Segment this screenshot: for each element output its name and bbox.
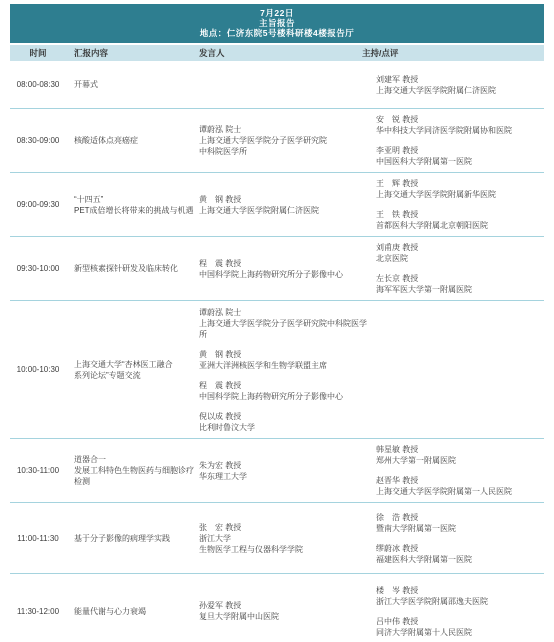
person-name: 黄 钢 教授 [199, 194, 372, 205]
schedule-body: 08:00-08:30 开幕式 刘建军 教授 上海交通大学医学院附属仁济医院 0… [10, 61, 544, 642]
person-affiliation: 中国医科大学附属第一医院 [376, 156, 544, 167]
person-name: 朱为宏 教授 [199, 460, 372, 471]
person-name: 刘甫庚 教授 [376, 242, 544, 253]
person-entry: 谭蔚泓 院士 上海交通大学医学院分子医学研究院中科院医学所 [199, 307, 372, 340]
topic-line: 道器合一 [74, 454, 195, 465]
host-cell: 徐 浩 教授 暨南大学附属第一医院 缪蔚冰 教授 福建医科大学附属第一医院 [372, 512, 544, 565]
person-name: 安 锐 教授 [376, 114, 544, 125]
person-name: 楼 岑 教授 [376, 585, 544, 596]
topic-line: 系列论坛”专题交流 [74, 370, 195, 381]
person-entry: 左长京 教授 海军军医大学第一附属医院 [376, 273, 544, 295]
topic-line: 基于分子影像的病理学实践 [74, 533, 195, 544]
person-entry: 韩星敏 教授 郑州大学第一附属医院 [376, 444, 544, 466]
person-entry: 黄 钢 教授 亚洲大洋洲核医学和生物学联盟主席 [199, 349, 372, 371]
person-entry: 李亚明 教授 中国医科大学附属第一医院 [376, 145, 544, 167]
time-cell: 10:00-10:30 [10, 365, 66, 374]
person-affiliation: 复旦大学附属中山医院 [199, 611, 372, 622]
topic-line: “十四五” [74, 194, 195, 205]
topic-line: 能量代谢与心力衰竭 [74, 606, 195, 617]
topic-line: 开幕式 [74, 79, 195, 90]
person-affiliation: 上海交通大学医学院附属仁济医院 [376, 85, 544, 96]
person-affiliation: 亚洲大洋洲核医学和生物学联盟主席 [199, 360, 372, 371]
schedule-row: 11:00-11:30 基于分子影像的病理学实践 张 宏 教授 浙江大学生物医学… [10, 503, 544, 574]
time-cell: 09:30-10:00 [10, 264, 66, 273]
person-entry: 王 铁 教授 首都医科大学附属北京朝阳医院 [376, 209, 544, 231]
person-affiliation: 华中科技大学同济医学院附属协和医院 [376, 125, 544, 136]
topic-line: 检测 [74, 476, 195, 487]
topic-line: PET成倍增长将带来的挑战与机遇 [74, 205, 195, 216]
topic-line: 核酸适体点亮癌症 [74, 135, 195, 146]
person-name: 徐 浩 教授 [376, 512, 544, 523]
person-affiliation: 中国科学院上海药物研究所分子影像中心 [199, 391, 372, 402]
person-entry: 王 辉 教授 上海交通大学医学院附属新华医院 [376, 178, 544, 200]
time-cell: 08:30-09:00 [10, 136, 66, 145]
person-affiliation: 生物医学工程与仪器科学学院 [199, 544, 372, 555]
person-entry: 安 锐 教授 华中科技大学同济医学院附属协和医院 [376, 114, 544, 136]
person-affiliation: 上海交通大学医学院附属新华医院 [376, 189, 544, 200]
topic-line: 发展工科特色生物医药与细胞诊疗 [74, 465, 195, 476]
person-entry: 缪蔚冰 教授 福建医科大学附属第一医院 [376, 543, 544, 565]
column-header-content: 汇报内容 [66, 47, 195, 59]
time-cell: 08:00-08:30 [10, 80, 66, 89]
person-name: 王 铁 教授 [376, 209, 544, 220]
person-entry: 倪以成 教授 比利时鲁汶大学 [199, 411, 372, 433]
host-cell: 刘建军 教授 上海交通大学医学院附属仁济医院 [372, 74, 544, 96]
person-affiliation: 中国科学院上海药物研究所分子影像中心 [199, 269, 372, 280]
person-name: 程 震 教授 [199, 258, 372, 269]
host-cell: 安 锐 教授 华中科技大学同济医学院附属协和医院 李亚明 教授 中国医科大学附属… [372, 114, 544, 167]
host-cell: 楼 岑 教授 浙江大学医学院附属邵逸夫医院 吕中伟 教授 同济大学附属第十人民医… [372, 585, 544, 638]
person-name: 谭蔚泓 院士 [199, 307, 372, 318]
person-affiliation: 同济大学附属第十人民医院 [376, 627, 544, 638]
person-name: 左长京 教授 [376, 273, 544, 284]
time-cell: 10:30-11:00 [10, 466, 66, 475]
session-date: 7月22日 [10, 8, 544, 18]
column-header-row: 时间 汇报内容 发言人 主持/点评 [10, 45, 544, 61]
person-name: 刘建军 教授 [376, 74, 544, 85]
person-name: 黄 钢 教授 [199, 349, 372, 360]
session-title: 主旨报告 [10, 18, 544, 28]
topic-cell: 开幕式 [66, 79, 195, 90]
person-name: 孙爱军 教授 [199, 600, 372, 611]
person-affiliation: 华东理工大学 [199, 471, 372, 482]
person-name: 王 辉 教授 [376, 178, 544, 189]
person-affiliation: 北京医院 [376, 253, 544, 264]
session-banner: 7月22日 主旨报告 地点：仁济东院5号楼科研楼4楼报告厅 [10, 4, 544, 43]
schedule-row: 10:30-11:00 道器合一发展工科特色生物医药与细胞诊疗检测 朱为宏 教授… [10, 439, 544, 503]
topic-line: 新型核素探针研发及临床转化 [74, 263, 195, 274]
person-affiliation: 上海交通大学医学院分子医学研究院中科院医学所 [199, 318, 372, 340]
person-name: 程 震 教授 [199, 380, 372, 391]
person-affiliation: 中科院医学所 [199, 146, 372, 157]
person-name: 张 宏 教授 [199, 522, 372, 533]
program-page: 7月22日 主旨报告 地点：仁济东院5号楼科研楼4楼报告厅 时间 汇报内容 发言… [0, 0, 554, 642]
person-name: 缪蔚冰 教授 [376, 543, 544, 554]
time-cell: 09:00-09:30 [10, 200, 66, 209]
person-affiliation: 郑州大学第一附属医院 [376, 455, 544, 466]
person-affiliation: 比利时鲁汶大学 [199, 422, 372, 433]
topic-cell: 新型核素探针研发及临床转化 [66, 263, 195, 274]
person-affiliation: 上海交通大学医学院附属第一人民医院 [376, 486, 544, 497]
person-affiliation: 海军军医大学第一附属医院 [376, 284, 544, 295]
column-header-time: 时间 [10, 47, 66, 59]
person-affiliation: 浙江大学 [199, 533, 372, 544]
person-name: 倪以成 教授 [199, 411, 372, 422]
person-affiliation: 浙江大学医学院附属邵逸夫医院 [376, 596, 544, 607]
column-header-host: 主持/点评 [358, 47, 530, 59]
column-header-speaker: 发言人 [195, 47, 372, 59]
schedule-row: 09:00-09:30 “十四五”PET成倍增长将带来的挑战与机遇 黄 钢 教授… [10, 173, 544, 237]
schedule-row: 08:30-09:00 核酸适体点亮癌症 谭蔚泓 院士 上海交通大学医学院分子医… [10, 109, 544, 173]
person-affiliation: 上海交通大学医学院分子医学研究院 [199, 135, 372, 146]
session-location: 地点：仁济东院5号楼科研楼4楼报告厅 [10, 28, 544, 38]
person-name: 李亚明 教授 [376, 145, 544, 156]
topic-cell: 能量代谢与心力衰竭 [66, 606, 195, 617]
schedule-row: 11:30-12:00 能量代谢与心力衰竭 孙爱军 教授 复旦大学附属中山医院 … [10, 574, 544, 642]
topic-line: 上海交通大学“杏林医工融合 [74, 359, 195, 370]
person-affiliation: 福建医科大学附属第一医院 [376, 554, 544, 565]
topic-cell: 道器合一发展工科特色生物医药与细胞诊疗检测 [66, 454, 195, 487]
person-name: 韩星敏 教授 [376, 444, 544, 455]
host-cell: 王 辉 教授 上海交通大学医学院附属新华医院 王 铁 教授 首都医科大学附属北京… [372, 178, 544, 231]
person-entry: 谭蔚泓 院士 上海交通大学医学院分子医学研究院中科院医学所 [199, 124, 372, 157]
speaker-cell: 谭蔚泓 院士 上海交通大学医学院分子医学研究院中科院医学所 [195, 124, 372, 157]
person-entry: 黄 钢 教授 上海交通大学医学院附属仁济医院 [199, 194, 372, 216]
person-entry: 张 宏 教授 浙江大学生物医学工程与仪器科学学院 [199, 522, 372, 555]
topic-cell: 上海交通大学“杏林医工融合系列论坛”专题交流 [66, 359, 195, 381]
host-cell: 韩星敏 教授 郑州大学第一附属医院 赵晋华 教授 上海交通大学医学院附属第一人民… [372, 444, 544, 497]
person-entry: 赵晋华 教授 上海交通大学医学院附属第一人民医院 [376, 475, 544, 497]
person-entry: 孙爱军 教授 复旦大学附属中山医院 [199, 600, 372, 622]
person-entry: 徐 浩 教授 暨南大学附属第一医院 [376, 512, 544, 534]
person-affiliation: 首都医科大学附属北京朝阳医院 [376, 220, 544, 231]
time-cell: 11:30-12:00 [10, 607, 66, 616]
speaker-cell: 谭蔚泓 院士 上海交通大学医学院分子医学研究院中科院医学所 黄 钢 教授 亚洲大… [195, 307, 372, 433]
person-entry: 程 震 教授 中国科学院上海药物研究所分子影像中心 [199, 258, 372, 280]
speaker-cell: 孙爱军 教授 复旦大学附属中山医院 [195, 600, 372, 622]
person-name: 谭蔚泓 院士 [199, 124, 372, 135]
time-cell: 11:00-11:30 [10, 534, 66, 543]
person-affiliation: 暨南大学附属第一医院 [376, 523, 544, 534]
person-entry: 刘甫庚 教授 北京医院 [376, 242, 544, 264]
person-name: 吕中伟 教授 [376, 616, 544, 627]
person-entry: 吕中伟 教授 同济大学附属第十人民医院 [376, 616, 544, 638]
speaker-cell: 程 震 教授 中国科学院上海药物研究所分子影像中心 [195, 258, 372, 280]
speaker-cell: 朱为宏 教授 华东理工大学 [195, 460, 372, 482]
person-entry: 楼 岑 教授 浙江大学医学院附属邵逸夫医院 [376, 585, 544, 607]
host-cell: 刘甫庚 教授 北京医院 左长京 教授 海军军医大学第一附属医院 [372, 242, 544, 295]
topic-cell: 基于分子影像的病理学实践 [66, 533, 195, 544]
speaker-cell: 张 宏 教授 浙江大学生物医学工程与仪器科学学院 [195, 522, 372, 555]
person-affiliation: 上海交通大学医学院附属仁济医院 [199, 205, 372, 216]
speaker-cell: 黄 钢 教授 上海交通大学医学院附属仁济医院 [195, 194, 372, 216]
person-entry: 程 震 教授 中国科学院上海药物研究所分子影像中心 [199, 380, 372, 402]
schedule-row: 10:00-10:30 上海交通大学“杏林医工融合系列论坛”专题交流 谭蔚泓 院… [10, 301, 544, 439]
topic-cell: “十四五”PET成倍增长将带来的挑战与机遇 [66, 194, 195, 216]
person-entry: 朱为宏 教授 华东理工大学 [199, 460, 372, 482]
schedule-row: 08:00-08:30 开幕式 刘建军 教授 上海交通大学医学院附属仁济医院 [10, 61, 544, 109]
person-entry: 刘建军 教授 上海交通大学医学院附属仁济医院 [376, 74, 544, 96]
schedule-row: 09:30-10:00 新型核素探针研发及临床转化 程 震 教授 中国科学院上海… [10, 237, 544, 301]
person-name: 赵晋华 教授 [376, 475, 544, 486]
topic-cell: 核酸适体点亮癌症 [66, 135, 195, 146]
